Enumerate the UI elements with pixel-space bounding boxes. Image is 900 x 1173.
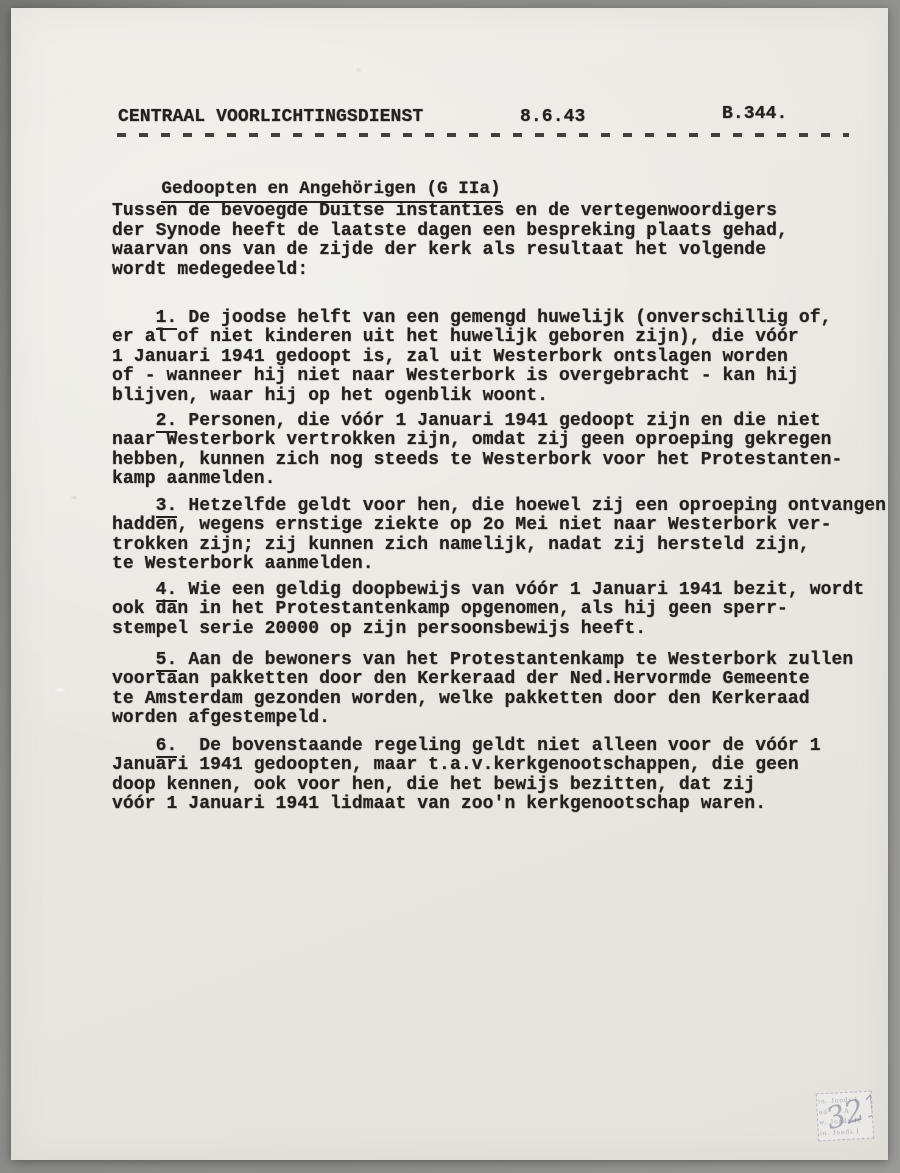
paper-blemish [356,68,361,72]
document-date: 8.6.43 [520,108,585,128]
organization-name: CENTRAAL VOORLICHTINGSDIENST [118,108,423,128]
archive-stamp: in. Joods I od A w. Joods Jc in. Joods I… [816,1091,874,1142]
item-1-text: De joodse helft van een gemengd huwelijk… [112,308,832,406]
item-6-text: De bovenstaande regeling geldt niet alle… [112,736,821,815]
intro-paragraph: Tussen de bevoegde Duitse instanties en … [112,202,788,280]
paper-blemish [71,496,77,499]
scan-background: CENTRAAL VOORLICHTINGSDIENST 8.6.43 B.34… [0,0,900,1173]
item-4-text: Wie een geldig doopbewijs van vóór 1 Jan… [112,580,864,639]
paper-blemish [55,688,65,692]
numbered-item-6: 6. De bovenstaande regeling geldt niet a… [112,717,821,834]
dashed-divider [117,133,849,137]
document-title-text: Gedoopten en Angehörigen (G IIa) [161,180,500,204]
reference-number: B.344. [722,105,787,125]
